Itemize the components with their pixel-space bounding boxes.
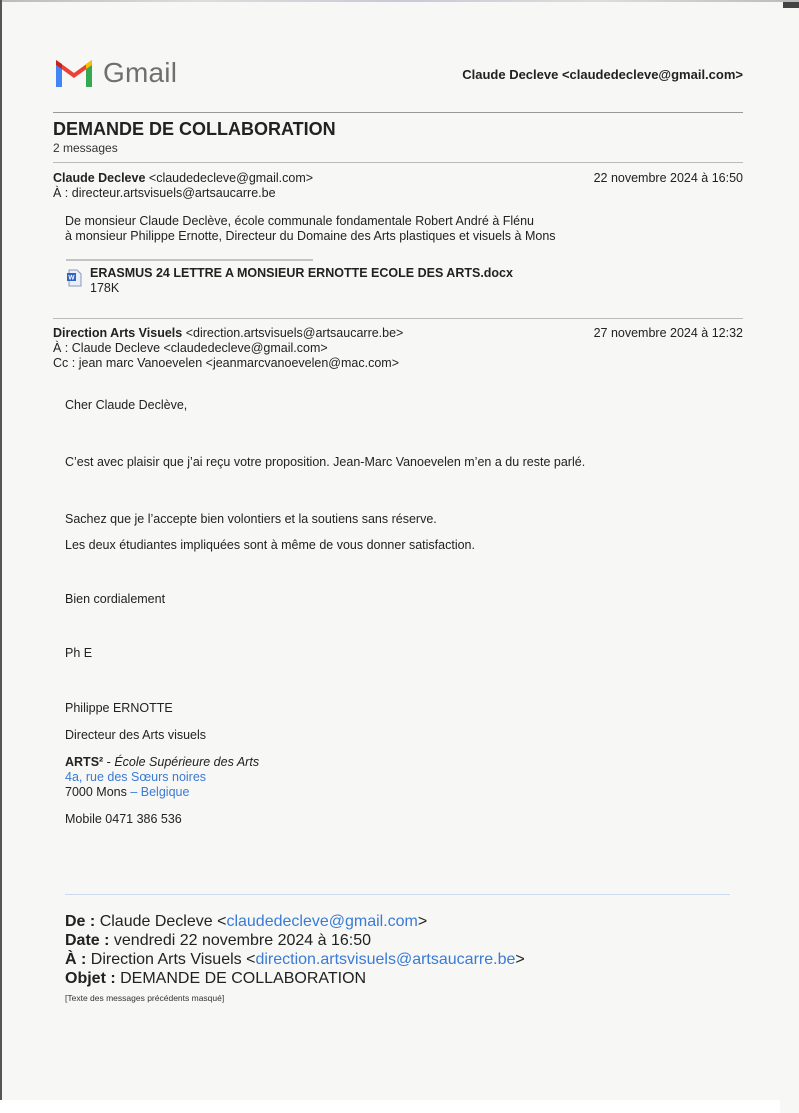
paragraph-1: C’est avec plaisir que j’ai reçu votre p… — [65, 455, 585, 470]
signature-name: Philippe ERNOTTE — [65, 701, 173, 716]
message-1-body-line: à monsieur Philippe Ernotte, Directeur d… — [65, 229, 556, 244]
attachment[interactable]: W ERASMUS 24 LETTRE A MONSIEUR ERNOTTE E… — [66, 266, 513, 296]
quoted-date: vendredi 22 novembre 2024 à 16:50 — [114, 932, 371, 949]
closing: Bien cordialement — [65, 592, 165, 607]
attachment-size: 178K — [90, 281, 513, 296]
message-2-header: Direction Arts Visuels <direction.artsvi… — [53, 326, 743, 371]
city: 7000 Mons — [65, 785, 127, 799]
address-line[interactable]: 4a, rue des Sœurs noires — [65, 770, 206, 785]
message-1-body: De monsieur Claude Declève, école commun… — [65, 214, 556, 244]
scan-bottom-edge — [0, 1100, 780, 1113]
initials: Ph E — [65, 646, 92, 661]
gmail-m-icon — [53, 57, 95, 89]
message-1-date: 22 novembre 2024 à 16:50 — [594, 171, 743, 186]
quote-divider — [65, 894, 730, 895]
quoted-to-close: > — [515, 951, 524, 968]
quoted-subject: DEMANDE DE COLLABORATION — [120, 970, 366, 987]
signature-org: ARTS² - École Supérieure des Arts — [65, 755, 259, 770]
quoted-subject-label: Objet : — [65, 970, 116, 987]
message-2-sender-email[interactable]: <direction.artsvisuels@artsaucarre.be> — [186, 326, 404, 340]
gmail-wordmark: Gmail — [103, 57, 177, 89]
quoted-to-email[interactable]: direction.artsvisuels@artsaucarre.be — [255, 951, 515, 968]
hidden-messages-toggle[interactable]: [Texte des messages précédents masqué] — [65, 993, 224, 1003]
message-2-date: 27 novembre 2024 à 12:32 — [594, 326, 743, 341]
quoted-from-email[interactable]: claudedecleve@gmail.com — [226, 913, 417, 930]
mobile-number: Mobile 0471 386 536 — [65, 812, 182, 827]
country-link[interactable]: – Belgique — [130, 785, 189, 799]
signature-title: Directeur des Arts visuels — [65, 728, 206, 743]
header-divider — [53, 112, 743, 113]
org-name: ARTS² — [65, 755, 103, 769]
print-header: Gmail Claude Decleve <claudedecleve@gmai… — [53, 57, 743, 93]
message-1-sender-email[interactable]: <claudedecleve@gmail.com> — [149, 171, 313, 185]
message-1-sender-name: Claude Decleve — [53, 171, 145, 185]
quoted-to-label: À : — [65, 951, 86, 968]
paragraph-3: Les deux étudiantes impliquées sont à mê… — [65, 538, 475, 553]
quoted-date-label: Date : — [65, 932, 109, 949]
org-subtitle: École Supérieure des Arts — [114, 755, 259, 769]
message-2-to-label: À : — [53, 341, 68, 355]
quoted-from-label: De : — [65, 913, 95, 930]
quoted-from-name: Claude Decleve < — [100, 913, 227, 930]
account-identity: Claude Decleve <claudedecleve@gmail.com> — [462, 67, 743, 82]
svg-text:W: W — [68, 275, 75, 282]
message-2-cc-label: Cc : — [53, 356, 75, 370]
paragraph-2: Sachez que je l’accepte bien volontiers … — [65, 512, 437, 527]
attachment-name[interactable]: ERASMUS 24 LETTRE A MONSIEUR ERNOTTE ECO… — [90, 266, 513, 281]
thread-subject: DEMANDE DE COLLABORATION — [53, 119, 336, 140]
greeting: Cher Claude Declève, — [65, 398, 187, 413]
message-1-to-label: À : — [53, 186, 68, 200]
address-city: 7000 Mons – Belgique — [65, 785, 189, 800]
message-divider — [53, 318, 743, 319]
message-count: 2 messages — [53, 141, 118, 155]
quoted-to-name: Direction Arts Visuels < — [91, 951, 256, 968]
scan-edge-right — [783, 2, 799, 8]
message-2-cc[interactable]: jean marc Vanoevelen <jeanmarcvanoevelen… — [79, 356, 399, 370]
message-1-to[interactable]: directeur.artsvisuels@artsaucarre.be — [72, 186, 276, 200]
message-2-sender-name: Direction Arts Visuels — [53, 326, 182, 340]
org-separator: - — [103, 755, 114, 769]
scan-edge-left — [0, 0, 2, 1113]
message-1-body-line: De monsieur Claude Declève, école commun… — [65, 214, 556, 229]
thread-divider — [53, 162, 743, 163]
attachment-divider — [66, 259, 313, 261]
message-1-header: Claude Decleve <claudedecleve@gmail.com>… — [53, 171, 743, 201]
gmail-logo: Gmail — [53, 57, 177, 89]
word-document-icon: W — [66, 269, 82, 287]
message-2-to[interactable]: Claude Decleve <claudedecleve@gmail.com> — [72, 341, 328, 355]
quoted-header: De : Claude Decleve <claudedecleve@gmail… — [65, 912, 525, 988]
scan-edge-top — [0, 0, 799, 2]
quoted-from-close: > — [418, 913, 427, 930]
